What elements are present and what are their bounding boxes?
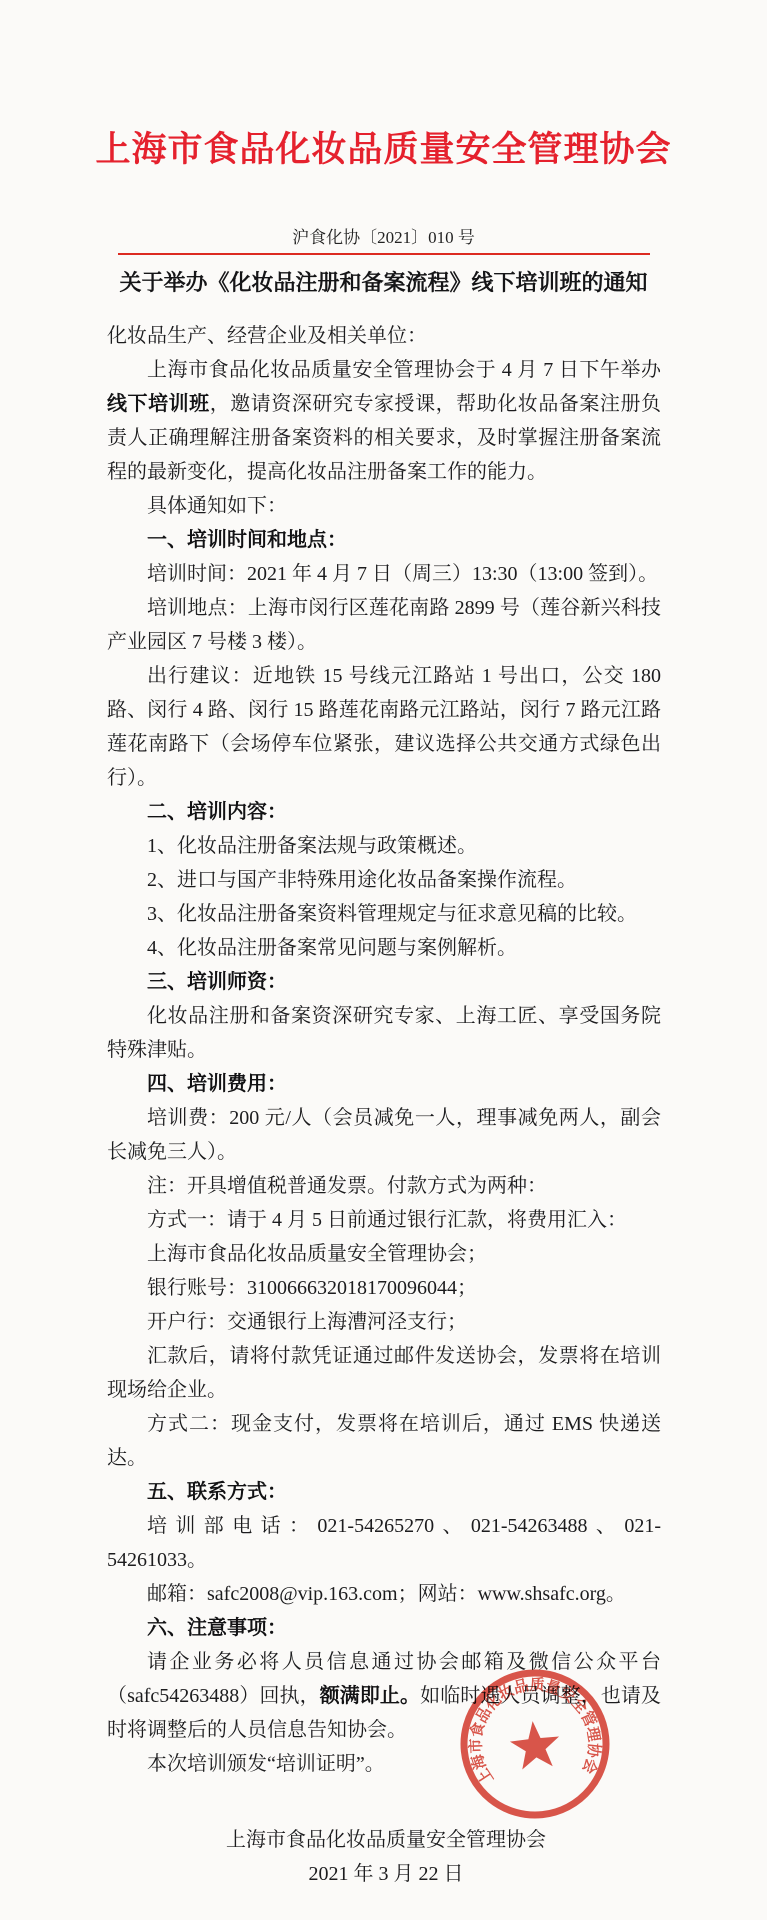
paragraph: 方式二：现金支付，发票将在培训后，通过 EMS 快递送达。: [107, 1407, 661, 1475]
paragraph: 1、化妆品注册备案法规与政策概述。: [107, 829, 661, 863]
paragraph: 4、化妆品注册备案常见问题与案例解析。: [107, 931, 661, 965]
text-run: 银行账号：310066632018170096044；: [147, 1277, 477, 1299]
paragraph: 汇款后，请将付款凭证通过邮件发送协会，发票将在培训现场给企业。: [107, 1339, 661, 1407]
paragraph: 方式一：请于 4 月 5 日前通过银行汇款，将费用汇入：: [107, 1203, 661, 1237]
text-run: 培训地点：上海市闵行区莲花南路 2899 号（莲谷新兴科技产业园区 7 号楼 3…: [107, 597, 661, 653]
paragraph: 一、培训时间和地点：: [107, 523, 661, 557]
paragraph: 培训时间：2021 年 4 月 7 日（周三）13:30（13:00 签到）。: [107, 557, 661, 591]
text-run: 2、进口与国产非特殊用途化妆品备案操作流程。: [147, 869, 577, 891]
paragraph: 培训费：200 元/人（会员减免一人，理事减免两人，副会长减免三人）。: [107, 1101, 661, 1169]
text-run: 培训时间：2021 年 4 月 7 日（周三）13:30（13:00 签到）。: [147, 563, 658, 585]
text-run: 方式一：请于 4 月 5 日前通过银行汇款，将费用汇入：: [147, 1209, 627, 1231]
text-run: 出行建议：近地铁 15 号线元江路站 1 号出口，公交 180 路、闵行 4 路…: [107, 665, 661, 789]
bold-text-run: 五、联系方式：: [147, 1481, 287, 1503]
paragraph: 六、注意事项：: [107, 1611, 661, 1645]
bold-text-run: 二、培训内容：: [147, 801, 287, 823]
paragraph: 具体通知如下：: [107, 489, 661, 523]
paragraph: 3、化妆品注册备案资料管理规定与征求意见稿的比较。: [107, 897, 661, 931]
text-run: 培训部电话：021-54265270、021-54263488、021-5426…: [107, 1515, 661, 1571]
signature-block: 上海市食品化妆品质量安全管理协会 2021 年 3 月 22 日: [221, 1823, 551, 1891]
paragraph: 注：开具增值税普通发票。付款方式为两种：: [107, 1169, 661, 1203]
bold-text-run: 线下培训班: [107, 393, 210, 415]
text-run: 化妆品注册和备案资深研究专家、上海工匠、享受国务院特殊津贴。: [107, 1005, 661, 1061]
red-divider: [118, 253, 650, 255]
text-run: 具体通知如下：: [147, 495, 287, 517]
paragraph: 五、联系方式：: [107, 1475, 661, 1509]
paragraph-list: 化妆品生产、经营企业及相关单位：上海市食品化妆品质量安全管理协会于 4 月 7 …: [107, 319, 661, 1781]
text-run: 4、化妆品注册备案常见问题与案例解析。: [147, 937, 517, 959]
paragraph: 邮箱：safc2008@vip.163.com；网站：www.shsafc.or…: [107, 1577, 661, 1611]
paragraph: 三、培训师资：: [107, 965, 661, 999]
signature-date: 2021 年 3 月 22 日: [221, 1857, 551, 1891]
text-run: 方式二：现金支付，发票将在培训后，通过 EMS 快递送达。: [107, 1413, 661, 1469]
notice-title: 关于举办《化妆品注册和备案流程》线下培训班的通知: [0, 268, 767, 298]
org-title: 上海市食品化妆品质量安全管理协会: [0, 0, 767, 170]
paragraph: 培训部电话：021-54265270、021-54263488、021-5426…: [107, 1509, 661, 1577]
paragraph: 银行账号：310066632018170096044；: [107, 1271, 661, 1305]
paragraph: 化妆品注册和备案资深研究专家、上海工匠、享受国务院特殊津贴。: [107, 999, 661, 1067]
paragraph: 2、进口与国产非特殊用途化妆品备案操作流程。: [107, 863, 661, 897]
scanned-notice-page: 上海市食品化妆品质量安全管理协会 沪食化协〔2021〕010 号 关于举办《化妆…: [0, 0, 767, 1920]
paragraph: 上海市食品化妆品质量安全管理协会；: [107, 1237, 661, 1271]
document-body: 化妆品生产、经营企业及相关单位：上海市食品化妆品质量安全管理协会于 4 月 7 …: [0, 319, 767, 1891]
bold-text-run: 一、培训时间和地点：: [147, 529, 347, 551]
paragraph: 本次培训颁发“培训证明”。: [107, 1747, 661, 1781]
bold-text-run: 四、培训费用：: [147, 1073, 287, 1095]
text-run: 汇款后，请将付款凭证通过邮件发送协会，发票将在培训现场给企业。: [107, 1345, 661, 1401]
text-run: 本次培训颁发“培训证明”。: [147, 1753, 385, 1775]
paragraph: 四、培训费用：: [107, 1067, 661, 1101]
paragraph: 化妆品生产、经营企业及相关单位：: [107, 319, 661, 353]
paragraph: 上海市食品化妆品质量安全管理协会于 4 月 7 日下午举办线下培训班，邀请资深研…: [107, 353, 661, 489]
text-run: 邮箱：safc2008@vip.163.com；网站：www.shsafc.or…: [147, 1583, 626, 1605]
text-run: 1、化妆品注册备案法规与政策概述。: [147, 835, 477, 857]
text-run: 注：开具增值税普通发票。付款方式为两种：: [147, 1175, 547, 1197]
doc-number: 沪食化协〔2021〕010 号: [0, 226, 767, 250]
bold-text-run: 三、培训师资：: [147, 971, 287, 993]
paragraph: 开户行：交通银行上海漕河泾支行；: [107, 1305, 661, 1339]
bold-text-run: 六、注意事项：: [147, 1617, 287, 1639]
signature-org: 上海市食品化妆品质量安全管理协会: [221, 1823, 551, 1857]
text-run: 化妆品生产、经营企业及相关单位：: [107, 325, 427, 347]
paragraph: 二、培训内容：: [107, 795, 661, 829]
paragraph: 出行建议：近地铁 15 号线元江路站 1 号出口，公交 180 路、闵行 4 路…: [107, 659, 661, 795]
paragraph: 请企业务必将人员信息通过协会邮箱及微信公众平台（safc54263488）回执，…: [107, 1645, 661, 1747]
text-run: 上海市食品化妆品质量安全管理协会于 4 月 7 日下午举办: [147, 359, 661, 381]
text-run: 开户行：交通银行上海漕河泾支行；: [147, 1311, 467, 1333]
text-run: 上海市食品化妆品质量安全管理协会；: [147, 1243, 487, 1265]
text-run: 培训费：200 元/人（会员减免一人，理事减免两人，副会长减免三人）。: [107, 1107, 661, 1163]
text-run: 3、化妆品注册备案资料管理规定与征求意见稿的比较。: [147, 903, 637, 925]
bold-text-run: 额满即止。: [320, 1685, 420, 1707]
paragraph: 培训地点：上海市闵行区莲花南路 2899 号（莲谷新兴科技产业园区 7 号楼 3…: [107, 591, 661, 659]
